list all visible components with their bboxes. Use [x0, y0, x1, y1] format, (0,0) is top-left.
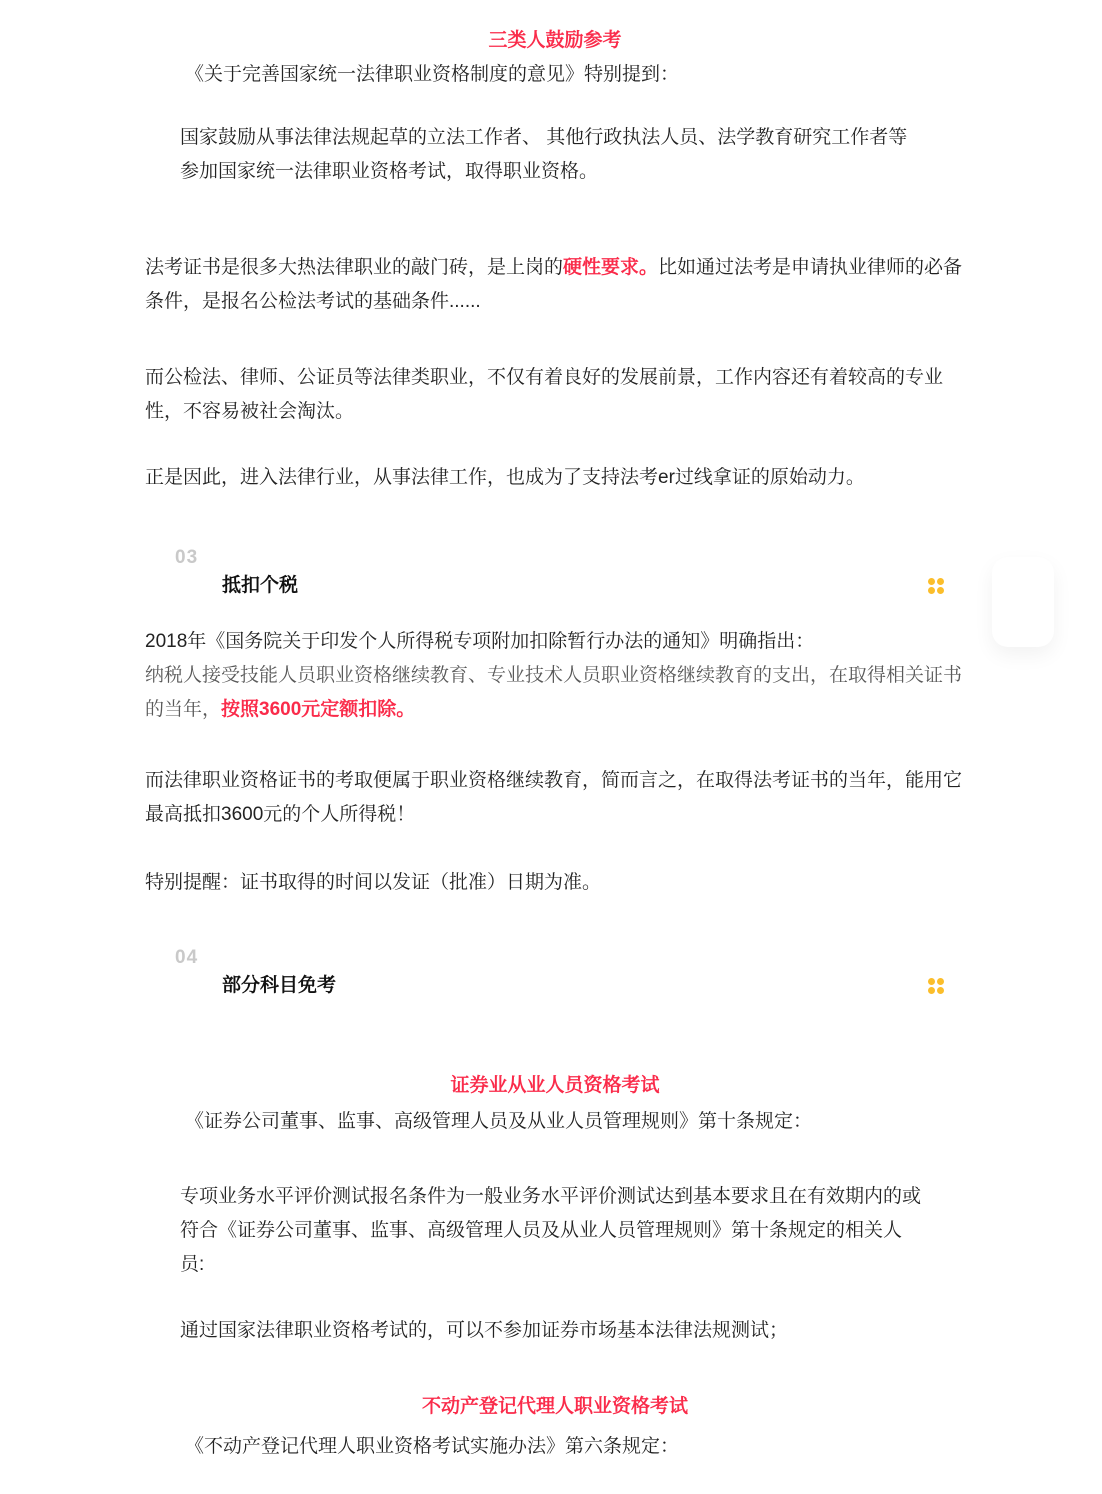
paragraph-certificate-requirement: 法考证书是很多大热法律职业的敲门砖，是上岗的硬性要求。比如通过法考是申请执业律师…: [145, 251, 965, 319]
section-03-title-row: 抵扣个税: [145, 573, 965, 599]
intro-quote-paragraph: 国家鼓励从事法律法规起草的立法工作者、 其他行政执法人员、法学教育研究工作者等参…: [145, 121, 965, 189]
section-03-header: 03 抵扣个税: [145, 546, 965, 599]
paragraph-motivation: 正是因此，进入法律行业，从事法律工作，也成为了支持法考er过线拿证的原始动力。: [145, 461, 965, 495]
paragraph-securities-quote-1: 专项业务水平评价测试报名条件为一般业务水平评价测试达到基本要求且在有效期内的或符…: [145, 1180, 965, 1282]
heading-real-estate-exam: 不动产登记代理人职业资格考试: [145, 1394, 965, 1420]
emphasis-deduction-3600: 按照3600元定额扣除。: [221, 699, 415, 720]
paragraph-tax-quote: 纳税人接受技能人员职业资格继续教育、专业技术人员职业资格继续教育的支出，在取得相…: [145, 659, 965, 727]
paragraph-tax-reminder: 特别提醒：证书取得的时间以发证（批准）日期为准。: [145, 866, 965, 900]
text-run-before: 法考证书是很多大热法律职业的敲门砖，是上岗的: [145, 257, 563, 278]
section-04-title-row: 部分科目免考: [145, 973, 965, 999]
section-04-number: 04: [175, 946, 965, 970]
paragraph-securities-lead: 《证券公司董事、监事、高级管理人员及从业人员管理规则》第十条规定：: [145, 1105, 965, 1139]
paragraph-tax-notice: 2018年《国务院关于印发个人所得税专项附加扣除暂行办法的通知》明确指出：: [145, 625, 965, 659]
emphasis-hard-requirement: 硬性要求。: [563, 257, 658, 278]
heading-securities-exam: 证券业从业人员资格考试: [145, 1073, 965, 1099]
section-04-title: 部分科目免考: [222, 973, 336, 999]
paragraph-securities-quote-2: 通过国家法律职业资格考试的，可以不参加证券市场基本法律法规测试；: [145, 1314, 965, 1348]
floating-widget[interactable]: [992, 557, 1054, 647]
article-content: 三类人鼓励参考 《关于完善国家统一法律职业资格制度的意见》特别提到： 国家鼓励从…: [0, 0, 1102, 1494]
four-dots-icon: [928, 578, 945, 595]
section-04-header: 04 部分科目免考: [145, 946, 965, 999]
four-dots-icon: [928, 978, 945, 995]
paragraph-real-estate-lead: 《不动产登记代理人职业资格考试实施办法》第六条规定：: [145, 1430, 965, 1464]
article-page: 三类人鼓励参考 《关于完善国家统一法律职业资格制度的意见》特别提到： 国家鼓励从…: [0, 0, 1102, 1494]
intro-lead-paragraph: 《关于完善国家统一法律职业资格制度的意见》特别提到：: [145, 58, 965, 92]
paragraph-tax-explanation: 而法律职业资格证书的考取便属于职业资格继续教育，简而言之，在取得法考证书的当年，…: [145, 764, 965, 832]
paragraph-legal-careers: 而公检法、律师、公证员等法律类职业，不仅有着良好的发展前景，工作内容还有着较高的…: [145, 361, 965, 429]
section-03-number: 03: [175, 546, 965, 570]
section-03-title: 抵扣个税: [222, 573, 298, 599]
heading-three-types-encouraged: 三类人鼓励参考: [145, 28, 965, 54]
